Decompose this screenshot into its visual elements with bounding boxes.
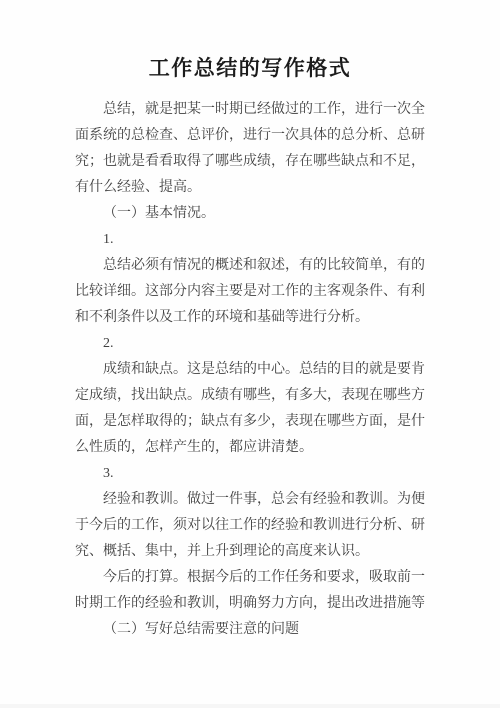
paragraph-future-plans: 今后的打算。根据今后的工作任务和要求，吸取前一时期工作的经验和教训，明确努力方向…	[75, 565, 425, 617]
paragraph-achievements-shortcomings: 成绩和缺点。这是总结的中心。总结的目的就是要肯定成绩，找出缺点。成绩有哪些，有多…	[75, 357, 425, 461]
document-page: 工作总结的写作格式 总结，就是把某一时期已经做过的工作，进行一次全面系统的总检查…	[0, 0, 500, 708]
page-bottom-edge	[0, 704, 500, 708]
item-number-1: 1.	[75, 227, 425, 253]
heading-section-1: （一）基本情况。	[75, 201, 425, 227]
document-body: 总结，就是把某一时期已经做过的工作，进行一次全面系统的总检查、总评价，进行一次具…	[75, 97, 425, 643]
heading-section-2: （二）写好总结需要注意的问题	[75, 617, 425, 643]
paragraph-experience-lessons: 经验和教训。做过一件事，总会有经验和教训。为便于今后的工作，须对以往工作的经验和…	[75, 487, 425, 565]
paragraph-basic-situation: 总结必须有情况的概述和叙述，有的比较简单，有的比较详细。这部分内容主要是对工作的…	[75, 253, 425, 331]
page-title: 工作总结的写作格式	[0, 54, 500, 84]
item-number-2: 2.	[75, 331, 425, 357]
paragraph-intro: 总结，就是把某一时期已经做过的工作，进行一次全面系统的总检查、总评价，进行一次具…	[75, 97, 425, 201]
item-number-3: 3.	[75, 461, 425, 487]
